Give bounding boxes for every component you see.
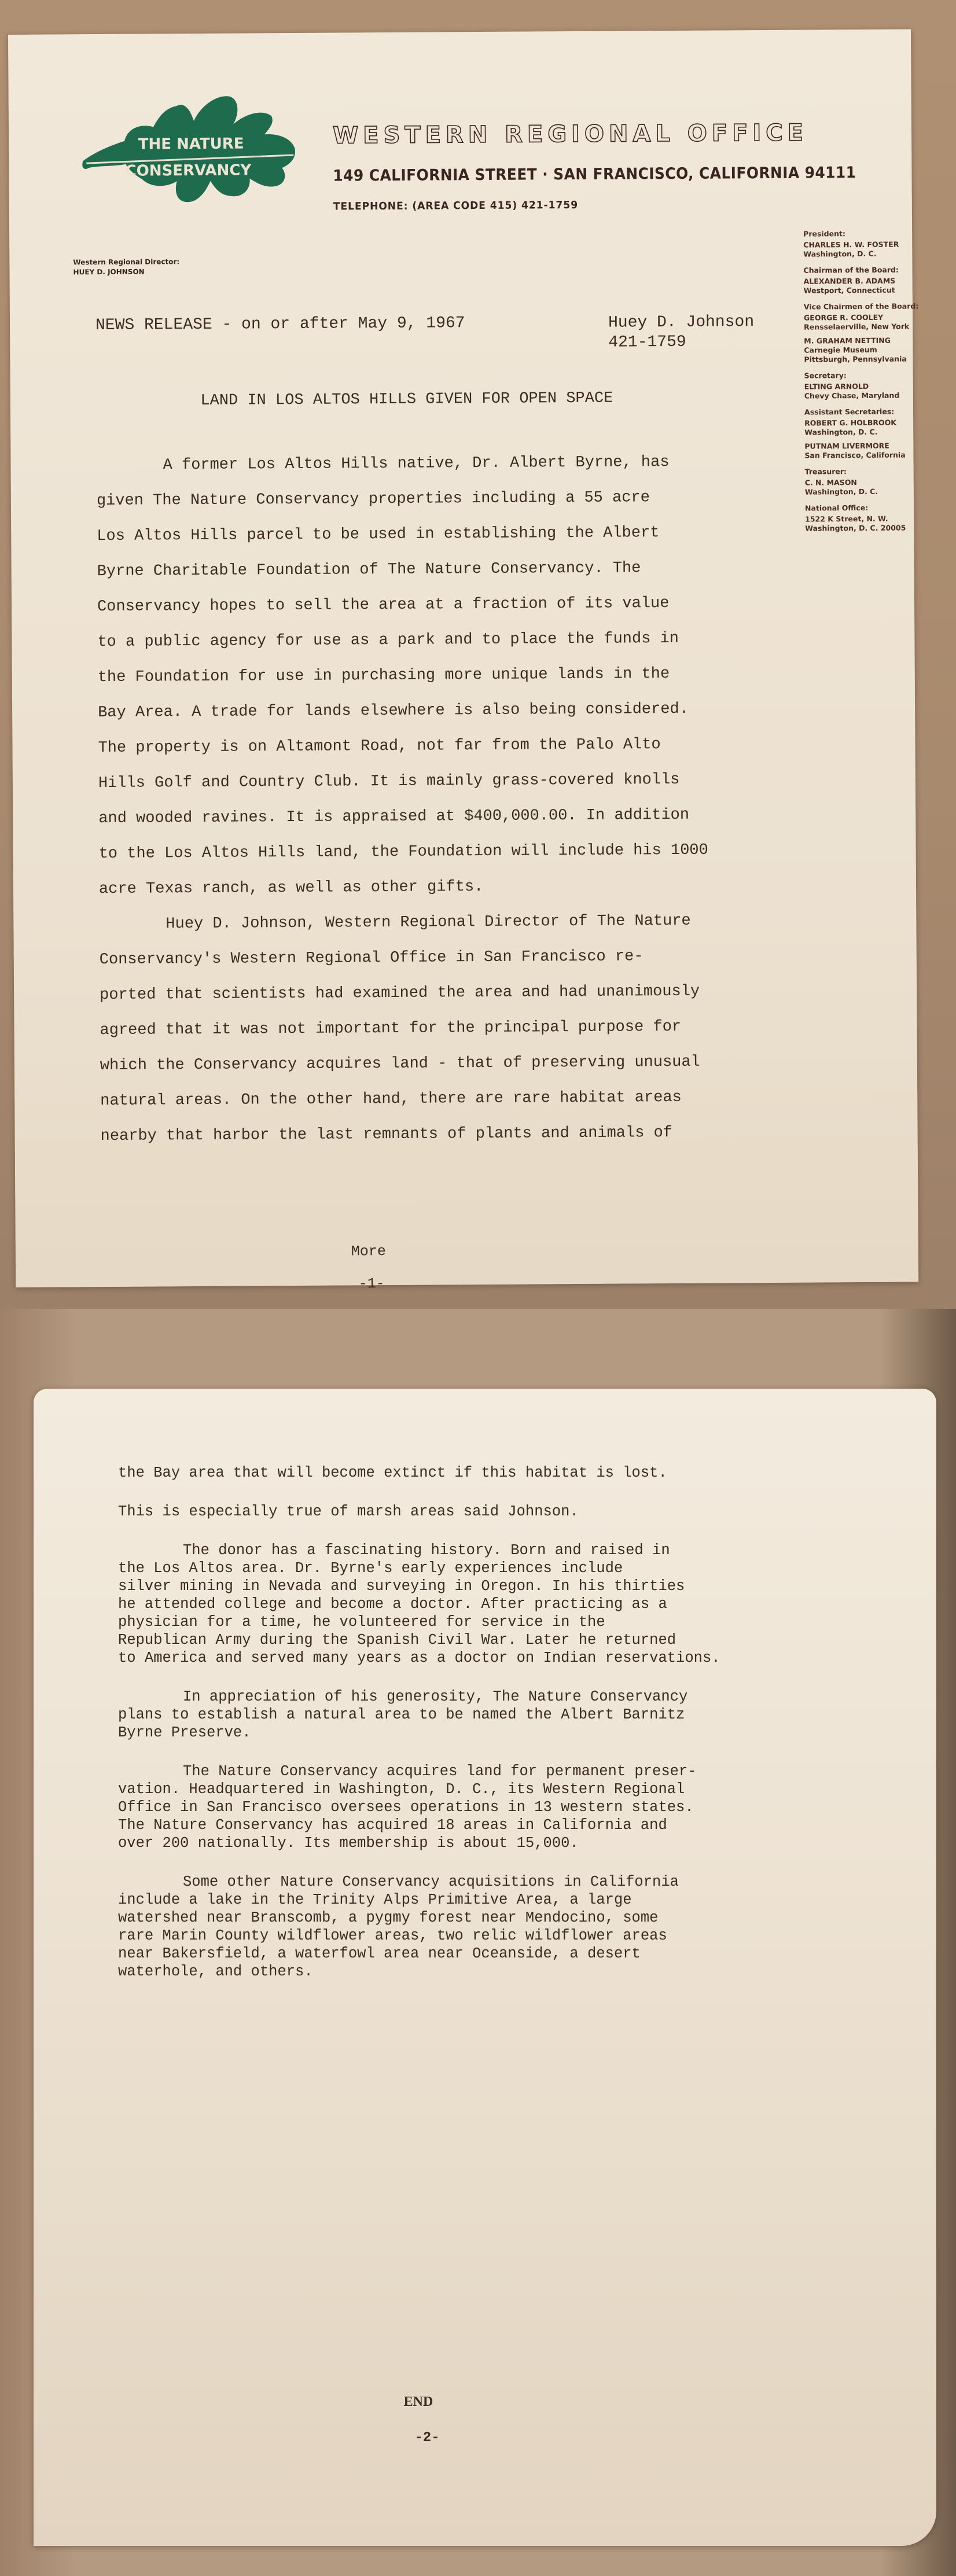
officer-location: Washington, D. C. [803,249,919,259]
body-paragraph: the Bay area that will become extinct if… [118,1464,870,1482]
text-line: The donor has a fascinating history. Bor… [118,1541,870,1559]
text-line: Office in San Francisco oversees operati… [118,1798,870,1816]
text-line: Los Altos Hills parcel to be used in est… [97,515,808,555]
text-line: given The Nature Conservancy properties … [97,480,808,520]
officer-location: Washington, D. C. [805,487,921,496]
text-line: vation. Headquartered in Washington, D. … [118,1780,870,1798]
text-line: nearby that harbor the last remnants of … [100,1115,812,1155]
text-line: The property is on Altamont Road, not fa… [98,727,810,767]
text-line: physician for a time, he volunteered for… [118,1613,870,1631]
headline: LAND IN LOS ALTOS HILLS GIVEN FOR OPEN S… [10,389,763,411]
director-role: Western Regional Director: [73,257,179,267]
officer-location: Westport, Connecticut [804,285,920,295]
office-telephone: TELEPHONE: (AREA CODE 415) 421-1759 [333,199,578,213]
text-line: and wooded ravines. It is appraised at $… [98,797,810,837]
officer-role: Treasurer: [805,466,921,476]
body-paragraph: The Nature Conservancy acquires land for… [118,1762,870,1852]
officer-name: ROBERT G. HOLBROOK [804,418,920,428]
officer-location: Pittsburgh, Pennsylvania [804,354,920,364]
text-line: The Nature Conservancy has acquired 18 a… [118,1816,870,1834]
release-line: NEWS RELEASE - on or after May 9, 1967 [95,314,465,334]
officer-entry: ALEXANDER B. ADAMSWestport, Connecticut [804,276,920,295]
text-line: The Nature Conservancy acquires land for… [118,1762,870,1780]
officer-group: Treasurer:C. N. MASONWashington, D. C. [805,466,921,496]
officer-location: Carnegie Museum [804,345,920,355]
text-line: In appreciation of his generosity, The N… [118,1688,870,1706]
officer-role: Secretary: [804,370,920,380]
text-line: to a public agency for use as a park and… [97,621,809,661]
officer-role: National Office: [805,503,921,513]
officer-group: Chairman of the Board:ALEXANDER B. ADAMS… [803,265,919,295]
office-title: WESTERN REGIONAL OFFICE [333,120,808,149]
officer-location: San Francisco, California [804,450,920,460]
end-label: END [34,2394,936,2410]
director-name: HUEY D. JOHNSON [73,267,179,277]
text-line: Hills Golf and Country Club. It is mainl… [98,762,810,802]
office-address: 149 CALIFORNIA STREET · SAN FRANCISCO, C… [333,164,856,185]
text-line: A former Los Altos Hills native, Dr. Alb… [96,444,808,484]
body-paragraph: Some other Nature Conservancy acquisitio… [118,1873,870,1981]
officer-entry: ROBERT G. HOLBROOKWashington, D. C. [804,418,920,437]
more-label: More [16,1239,918,1262]
text-line: include a lake in the Trinity Alps Primi… [118,1891,870,1909]
text-line: Byrne Charitable Foundation of The Natur… [97,550,808,590]
officer-location: Rensselaerville, New York [804,322,920,332]
text-line: waterhole, and others. [118,1963,870,1981]
body-paragraph: A former Los Altos Hills native, Dr. Alb… [96,444,811,907]
text-line: which the Conservancy acquires land - th… [100,1044,812,1084]
text-line: Republican Army during the Spanish Civil… [118,1631,870,1649]
text-line: Byrne Preserve. [118,1724,870,1742]
officer-entry: GEORGE R. COOLEYRensselaerville, New Yor… [804,312,920,332]
officer-entry: C. N. MASONWashington, D. C. [805,477,921,496]
document-page-1: THE NATURE CONSERVANCY WESTERN REGIONAL … [8,29,918,1287]
text-line: watershed near Branscomb, a pygmy forest… [118,1909,870,1927]
page2-body: the Bay area that will become extinct if… [118,1464,870,2001]
officer-group: President:CHARLES H. W. FOSTERWashington… [803,229,919,259]
contact-phone: 421-1759 [608,332,754,353]
text-line: over 200 nationally. Its membership is a… [118,1834,870,1852]
officer-location: Washington, D. C. 20005 [805,523,921,533]
text-line: silver mining in Nevada and surveying in… [118,1577,870,1595]
officer-location: Chevy Chase, Maryland [804,391,920,400]
officer-group: Secretary:ELTING ARNOLDChevy Chase, Mary… [804,370,920,400]
text-line: to America and served many years as a do… [118,1649,870,1667]
text-line: Conservancy hopes to sell the area at a … [97,586,809,625]
officer-location: Washington, D. C. [804,427,920,437]
officer-name: GEORGE R. COOLEY [804,312,920,322]
officer-name: C. N. MASON [805,477,921,487]
officer-role: Vice Chairmen of the Board: [804,301,920,311]
document-page-2: the Bay area that will become extinct if… [34,1389,936,2546]
officer-role: Assistant Secretaries: [804,407,920,417]
officer-role: Chairman of the Board: [803,265,919,275]
body-paragraph: In appreciation of his generosity, The N… [118,1688,870,1742]
officer-name: ELTING ARNOLD [804,381,920,391]
svg-text:CONSERVANCY: CONSERVANCY [126,161,252,179]
officer-name: M. GRAHAM NETTING [804,336,920,345]
body-paragraph: This is especially true of marsh areas s… [118,1503,870,1521]
officer-group: Vice Chairmen of the Board:GEORGE R. COO… [804,301,920,364]
page1-body: A former Los Altos Hills native, Dr. Alb… [96,444,812,1154]
regional-director-block: Western Regional Director: HUEY D. JOHNS… [73,257,179,277]
text-line: the Los Altos area. Dr. Byrne's early ex… [118,1559,870,1577]
officer-entry: CHARLES H. W. FOSTERWashington, D. C. [803,240,919,259]
text-line: Bay Area. A trade for lands elsewhere is… [98,691,810,731]
text-line: he attended college and become a doctor.… [118,1595,870,1613]
text-line: plans to establish a natural area to be … [118,1706,870,1724]
officer-entry: PUTNAM LIVERMORESan Francisco, Californi… [804,441,920,460]
officer-entry: 1522 K Street, N. W.Washington, D. C. 20… [805,514,921,533]
officers-list: President:CHARLES H. W. FOSTERWashington… [803,229,921,540]
text-line: ported that scientists had examined the … [100,974,811,1014]
svg-text:THE NATURE: THE NATURE [138,135,244,153]
text-line: near Bakersfield, a waterfowl area near … [118,1945,870,1963]
contact-name: Huey D. Johnson [608,312,754,333]
officer-name: PUTNAM LIVERMORE [804,441,920,451]
text-line: natural areas. On the other hand, there … [100,1080,812,1120]
text-line: Some other Nature Conservancy acquisitio… [118,1873,870,1891]
officer-name: ALEXANDER B. ADAMS [804,276,920,286]
text-line: agreed that it was not important for the… [100,1009,811,1049]
text-line: the Foundation for use in purchasing mor… [98,656,810,696]
body-paragraph: The donor has a fascinating history. Bor… [118,1541,870,1667]
text-line: to the Los Altos Hills land, the Foundat… [98,833,810,873]
contact-block: Huey D. Johnson 421-1759 [608,312,754,353]
officer-name: CHARLES H. W. FOSTER [803,240,919,249]
officer-entry: M. GRAHAM NETTINGCarnegie MuseumPittsbur… [804,336,920,364]
officer-entry: ELTING ARNOLDChevy Chase, Maryland [804,381,920,400]
text-line: Huey D. Johnson, Western Regional Direct… [99,903,811,943]
officer-group: Assistant Secretaries:ROBERT G. HOLBROOK… [804,407,921,460]
officer-group: National Office:1522 K Street, N. W.Wash… [805,503,921,533]
oak-leaf-logo: THE NATURE CONSERVANCY [78,88,310,214]
body-paragraph: Huey D. Johnson, Western Regional Direct… [99,903,812,1155]
page-number-2: -2- [34,2430,936,2446]
text-line: acre Texas ranch, as well as other gifts… [99,868,811,908]
text-line: This is especially true of marsh areas s… [118,1503,870,1521]
text-line: Conservancy's Western Regional Office in… [100,939,811,978]
officer-name: 1522 K Street, N. W. [805,514,921,524]
text-line: the Bay area that will become extinct if… [118,1464,870,1482]
text-line: rare Marin County wildflower areas, two … [118,1927,870,1945]
officer-role: President: [803,229,919,238]
